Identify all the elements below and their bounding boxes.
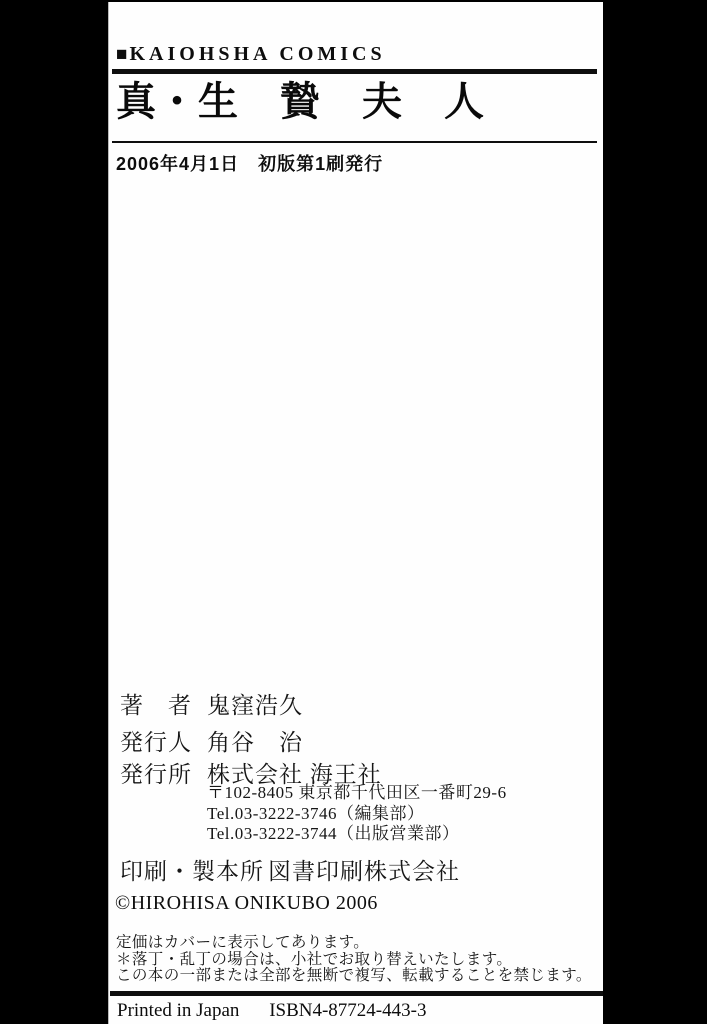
- author-row: 著 者 鬼窪浩久: [120, 687, 303, 720]
- note-replacement: ＊落丁・乱丁の場合は、小社でお取り替えいたします。: [116, 952, 592, 969]
- imprint-label: KAIOHSHA COMICS: [129, 43, 385, 65]
- isbn-number: ISBN4-87724-443-3: [269, 1000, 426, 1021]
- footer-divider-rule: [110, 991, 603, 996]
- footer-line: Printed in Japan ISBN4-87724-443-3: [117, 1000, 426, 1022]
- publisher-person-value: 角谷 治: [207, 724, 303, 757]
- publisher-person-label: 発行人: [120, 724, 207, 757]
- printer-row: 印刷・製本所 図書印刷株式会社: [120, 853, 460, 886]
- printer-label: 印刷・製本所: [120, 853, 268, 886]
- printed-in-japan-label: Printed in Japan: [117, 1000, 239, 1021]
- note-reproduction: この本の一部または全部を無断で複写、転載することを禁じます。: [116, 968, 592, 985]
- header-divider-rule: [112, 69, 597, 74]
- author-label: 著 者: [120, 687, 207, 720]
- publisher-company-label: 発行所: [120, 756, 207, 789]
- printer-value: 図書印刷株式会社: [268, 853, 460, 886]
- legal-notes-block: 定価はカバーに表示してあります。 ＊落丁・乱丁の場合は、小社でお取り替えいたしま…: [116, 935, 592, 985]
- square-bullet-icon: ■: [116, 44, 129, 65]
- colophon-page: ■KAIOHSHA COMICS 真・生 贄 夫 人 2006年4月1日 初版第…: [108, 2, 603, 1024]
- author-value: 鬼窪浩久: [207, 687, 303, 720]
- edition-date-line: 2006年4月1日 初版第1刷発行: [116, 150, 383, 176]
- note-price: 定価はカバーに表示してあります。: [116, 935, 592, 952]
- colophon-page-background: { "page": { "header": { "bullet": "■", "…: [0, 0, 707, 1024]
- publisher-postal-address: 〒102-8405 東京都千代田区一番町29-6: [207, 783, 507, 804]
- imprint-header: ■KAIOHSHA COMICS: [116, 43, 386, 66]
- publisher-person-row: 発行人 角谷 治: [120, 724, 303, 757]
- tel-editorial: Tel.03-3222-3746（編集部）: [207, 804, 507, 825]
- title-divider-rule: [112, 141, 597, 143]
- copyright-line: ©HIROHISA ONIKUBO 2006: [115, 892, 378, 915]
- book-title: 真・生 贄 夫 人: [116, 78, 485, 126]
- tel-sales: Tel.03-3222-3744（出版営業部）: [207, 824, 507, 845]
- publisher-address-block: 〒102-8405 東京都千代田区一番町29-6 Tel.03-3222-374…: [207, 783, 507, 845]
